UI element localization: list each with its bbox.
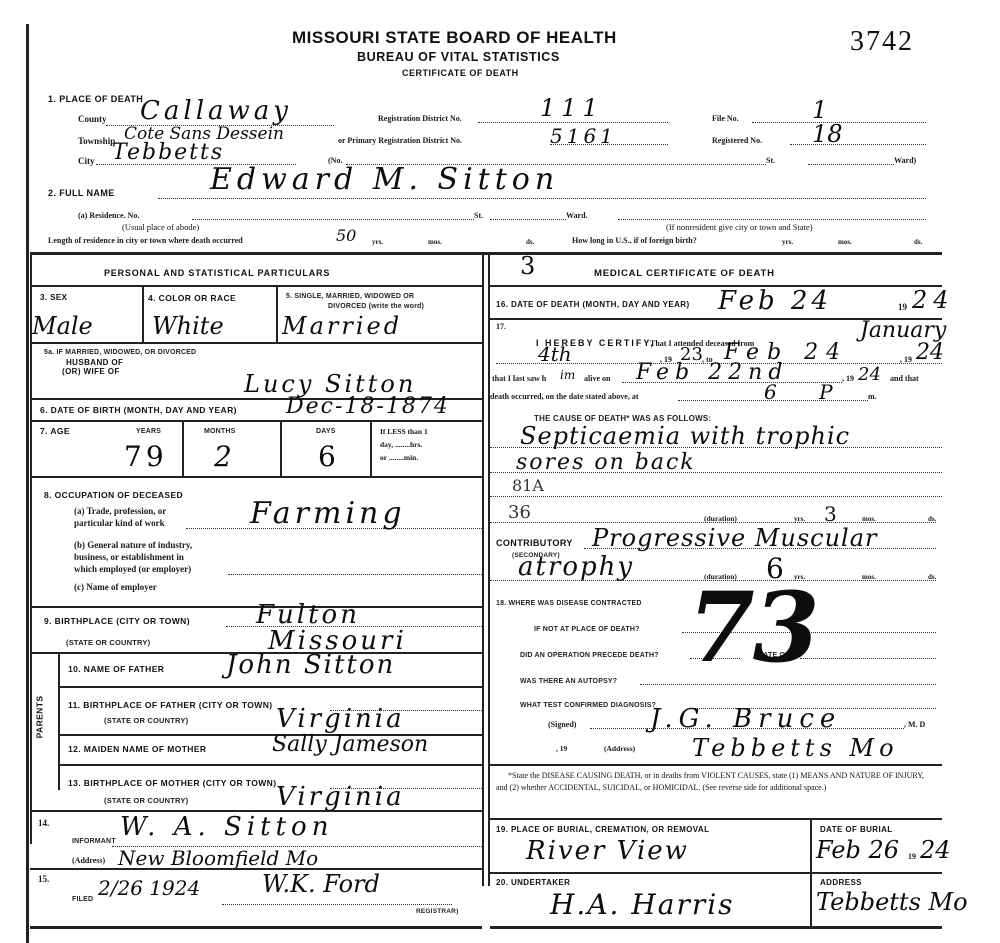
contributory-label: CONTRIBUTORY — [496, 538, 573, 548]
county-value[interactable]: Callaway — [140, 96, 292, 126]
occupation-value[interactable]: Farming — [250, 496, 406, 531]
race-label: 4. COLOR OR RACE — [148, 293, 236, 303]
date-of-death-label: 16. DATE OF DEATH (MONTH, DAY AND YEAR) — [496, 300, 690, 309]
certify-num: 17. — [496, 322, 506, 331]
signed-rule — [490, 764, 942, 766]
certificate-title: MISSOURI STATE BOARD OF HEALTH — [292, 28, 617, 48]
mother-name-label: 12. MAIDEN NAME OF MOTHER — [68, 744, 206, 754]
occupation-b-label-1: (b) General nature of industry, — [74, 540, 192, 550]
file-no-label: File No. — [712, 114, 739, 123]
last-saw-pronoun[interactable]: im — [560, 368, 575, 382]
residence-ward-label: Ward. — [566, 211, 588, 220]
age-days-divider — [370, 420, 372, 476]
age-months-value[interactable]: 2 — [214, 440, 232, 473]
reg-district-value[interactable]: 111 — [540, 94, 604, 122]
less-than-label-2: day, ........hrs. — [380, 440, 422, 449]
father-bp-value[interactable]: Virginia — [276, 704, 405, 734]
registered-no-label: Registered No. — [712, 136, 762, 145]
test-confirmed-label: WHAT TEST CONFIRMED DIAGNOSIS? — [520, 702, 656, 709]
length-of-residence-value[interactable]: 50 — [336, 226, 356, 245]
medical-section-title: MEDICAL CERTIFICATE OF DEATH — [594, 268, 775, 279]
cause-yrs-label: yrs. — [794, 515, 805, 523]
ward-label: Ward) — [894, 156, 916, 165]
attended-to-year-prefix: , 19 — [900, 355, 912, 364]
registered-no-line — [790, 144, 926, 145]
residence-sub-label: (Usual place of abode) — [122, 222, 199, 232]
residence-st-label: St. — [474, 211, 483, 220]
age-months-divider — [280, 420, 282, 476]
row-14-rule — [30, 868, 482, 870]
dob-label: 6. DATE OF BIRTH (MONTH, DAY AND YEAR) — [40, 405, 237, 415]
township-label: Township — [78, 136, 115, 146]
father-name-value[interactable]: John Sitton — [226, 650, 395, 680]
contributory-mos-label: mos. — [862, 573, 876, 581]
cause-line-1-value[interactable]: Septicaemia with trophic — [520, 422, 850, 450]
bottom-rule-left — [30, 926, 482, 929]
occupation-c-label: (c) Name of employer — [74, 582, 157, 592]
sex-race-divider — [142, 286, 144, 342]
mother-bp-label: 13. BIRTHPLACE OF MOTHER (CITY OR TOWN) — [68, 778, 276, 788]
mother-bp-value[interactable]: Virginia — [276, 782, 405, 812]
burial-date-year-prefix: 19 — [908, 852, 916, 861]
age-years-divider — [182, 420, 184, 476]
father-bp-label: 11. BIRTHPLACE OF FATHER (CITY OR TOWN) — [68, 700, 273, 710]
and-that-label: and that — [890, 374, 919, 383]
date-of-death-value[interactable]: Feb 24 — [718, 286, 832, 316]
center-divider-right — [488, 254, 490, 886]
cause-footnote: *State the DISEASE CAUSING DEATH, or in … — [496, 770, 936, 794]
operation-date-line — [800, 658, 936, 659]
length-mos-label: mos. — [428, 238, 442, 246]
race-value[interactable]: White — [152, 312, 224, 340]
cause-note: 81A — [512, 476, 544, 495]
attended-to-year[interactable]: 24 — [916, 340, 944, 365]
less-than-label-3: or ........min. — [380, 453, 418, 462]
cause-code: 36 — [508, 502, 531, 523]
date-of-death-year-prefix: 19 — [898, 302, 907, 312]
header-divider — [30, 252, 942, 255]
full-name-label: 2. FULL NAME — [48, 188, 115, 198]
cause-ds-label: ds. — [928, 515, 936, 523]
informant-label: INFORMANT — [72, 838, 116, 845]
father-bp-state-label: (STATE OR COUNTRY) — [104, 716, 188, 725]
registrar-label: REGISTRAR) — [416, 908, 458, 915]
occupation-b-line — [228, 574, 482, 575]
us-ds-label: ds. — [914, 238, 922, 246]
foreign-birth-label: How long in U.S., if of foreign birth? — [572, 236, 697, 245]
length-ds-label: ds. — [526, 238, 534, 246]
mother-name-value[interactable]: Sally Jameson — [272, 732, 428, 757]
residence-ward-line — [490, 219, 566, 220]
signed-label: (Signed) — [548, 720, 576, 729]
footnote-rule — [490, 818, 942, 820]
mother-bp-state-label: (STATE OR COUNTRY) — [104, 796, 188, 805]
age-days-value[interactable]: 6 — [318, 440, 336, 473]
father-name-label: 10. NAME OF FATHER — [68, 664, 164, 674]
age-years-value[interactable]: 79 — [124, 440, 168, 473]
spouse-label-2: HUSBAND OF — [66, 358, 123, 367]
us-yrs-label: yrs. — [782, 238, 793, 246]
parents-side-label: PARENTS — [34, 696, 44, 739]
last-saw-label: that I last saw h — [492, 374, 546, 383]
spouse-label-3: (OR) WIFE OF — [62, 367, 120, 376]
birthplace-label: 9. BIRTHPLACE (CITY OR TOWN) — [44, 616, 190, 626]
st-label: St. — [766, 156, 775, 165]
nonresident-note: (If nonresident give city or town and St… — [666, 222, 813, 232]
undertaker-value[interactable]: H.A. Harris — [550, 888, 735, 921]
medical-section-number: 3 — [520, 252, 535, 280]
undertaker-label: 20. UNDERTAKER — [496, 878, 570, 887]
filed-date-value[interactable]: 2/26 1924 — [98, 876, 200, 900]
length-of-residence-label: Length of residence in city or town wher… — [48, 236, 243, 245]
autopsy-line — [640, 684, 936, 685]
contributory-line-1-value[interactable]: Progressive Muscular — [592, 524, 878, 552]
left-frame-border — [26, 24, 29, 943]
full-name-value[interactable]: Edward M. Sitton — [210, 162, 559, 197]
bureau-subtitle: BUREAU OF VITAL STATISTICS — [357, 50, 560, 64]
autopsy-label: WAS THERE AN AUTOPSY? — [520, 678, 617, 685]
physician-address[interactable]: Tebbetts Mo — [692, 734, 899, 762]
occupation-a-label-1: (a) Trade, profession, or — [74, 506, 166, 516]
county-label: County — [78, 114, 107, 124]
occupation-b-label-2: business, or establishment in — [74, 552, 184, 562]
cause-duration-label: (duration) — [704, 514, 737, 523]
last-saw-year[interactable]: 24 — [858, 364, 881, 385]
cause-mos-label: mos. — [862, 515, 876, 523]
full-name-line — [158, 198, 926, 199]
city-label: City — [78, 156, 95, 166]
informant-address-value[interactable]: New Bloomfield Mo — [118, 846, 318, 870]
registrar-code-mark: 73 — [688, 580, 818, 676]
death-time-m-label: m. — [868, 392, 877, 401]
medical-title-rule — [490, 285, 942, 287]
burial-date-year[interactable]: 24 — [920, 836, 951, 864]
not-at-place-label: IF NOT AT PLACE OF DEATH? — [534, 626, 640, 633]
stamp-number: 3742 — [850, 26, 914, 58]
death-time-label: death occurred, on the date stated above… — [490, 392, 639, 401]
less-than-label-1: If LESS than 1 — [380, 427, 428, 436]
occupation-b-label-3: which employed (or employer) — [74, 564, 191, 574]
months-label: MONTHS — [204, 428, 236, 435]
bottom-rule-right — [490, 926, 942, 929]
residence-line — [192, 219, 474, 220]
marital-label: 5. SINGLE, MARRIED, WIDOWED OR — [286, 293, 414, 300]
informant-value[interactable]: W. A. Sitton — [120, 812, 333, 842]
date-of-death-year[interactable]: 24 — [912, 286, 955, 314]
attended-from-day[interactable]: 4th — [538, 342, 572, 366]
sex-value[interactable]: Male — [32, 312, 93, 340]
registrar-line — [222, 904, 452, 905]
where-contracted-label: 18. WHERE WAS DISEASE CONTRACTED — [496, 600, 642, 607]
primary-reg-value[interactable]: 5161 — [550, 124, 617, 148]
row-3-rule — [30, 342, 482, 344]
sex-label: 3. SEX — [40, 293, 67, 302]
alive-on-label: alive on — [584, 374, 610, 383]
center-divider-left — [482, 254, 484, 886]
city-value[interactable]: Tebbetts — [112, 140, 224, 165]
birthplace-state-label: (STATE OR COUNTRY) — [66, 638, 150, 647]
informant-num: 14. — [38, 818, 49, 828]
burial-date-value[interactable]: Feb 26 — [816, 836, 899, 864]
occupation-label: 8. OCCUPATION OF DECEASED — [44, 490, 183, 500]
parents-side-divider — [58, 652, 60, 790]
signed-date-19: , 19 — [556, 744, 567, 753]
cause-line-2-value[interactable]: sores on back — [516, 450, 696, 475]
reg-district-label: Registration District No. — [378, 114, 462, 123]
undertaker-address-label: ADDRESS — [820, 878, 862, 887]
place-of-death-label: 1. PLACE OF DEATH — [48, 94, 143, 104]
dob-value[interactable]: Dec-18-1874 — [286, 394, 450, 419]
row-7-rule — [30, 476, 482, 478]
row-10-rule — [58, 686, 482, 688]
days-label: DAYS — [316, 428, 336, 435]
residence-label: (a) Residence. No. — [78, 211, 139, 220]
physician-signature[interactable]: J.G. Bruce — [650, 704, 841, 734]
age-label: 7. AGE — [40, 426, 70, 436]
contributory-line-2-value[interactable]: atrophy — [518, 552, 634, 582]
contributory-ds-label: ds. — [928, 573, 936, 581]
personal-title-rule — [30, 285, 482, 287]
physician-address-label: (Address) — [604, 744, 635, 753]
reg-district-line — [478, 122, 668, 123]
us-mos-label: mos. — [838, 238, 852, 246]
primary-reg-label: or Primary Registration District No. — [338, 136, 462, 145]
length-yrs-label: yrs. — [372, 238, 383, 246]
row-6-rule — [30, 420, 482, 422]
certificate-type: CERTIFICATE OF DEATH — [402, 68, 519, 78]
spouse-label-1: 5a. IF MARRIED, WIDOWED, OR DIVORCED — [44, 349, 196, 356]
operation-label: DID AN OPERATION PRECEDE DEATH? — [520, 652, 659, 659]
ward-line — [808, 164, 894, 165]
cause-line-3 — [490, 496, 942, 497]
marital-label-2: DIVORCED (write the word) — [328, 303, 424, 310]
race-marital-divider — [276, 286, 278, 342]
personal-section-title: PERSONAL AND STATISTICAL PARTICULARS — [104, 268, 330, 278]
death-time-value[interactable]: 6 P — [764, 380, 851, 404]
md-label: , M. D — [904, 720, 925, 729]
registrar-signature[interactable]: W.K. Ford — [262, 870, 380, 898]
burial-place-value[interactable]: River View — [526, 836, 689, 866]
registered-no-value[interactable]: 18 — [812, 120, 843, 148]
burial-rule — [490, 872, 942, 874]
row-12-rule — [58, 764, 482, 766]
informant-address-label: (Address) — [72, 856, 105, 865]
filed-num: 15. — [38, 874, 49, 884]
undertaker-address-value[interactable]: Tebbetts Mo — [816, 888, 968, 916]
nonresident-line — [618, 219, 926, 220]
cause-duration-months[interactable]: 3 — [824, 502, 837, 526]
burial-date-label: DATE OF BURIAL — [820, 825, 893, 834]
years-label: YEARS — [136, 428, 161, 435]
occupation-a-label-2: particular kind of work — [74, 518, 165, 528]
marital-value[interactable]: Married — [282, 312, 402, 340]
burial-place-label: 19. PLACE OF BURIAL, CREMATION, OR REMOV… — [496, 825, 709, 834]
filed-label: FILED — [72, 896, 93, 903]
